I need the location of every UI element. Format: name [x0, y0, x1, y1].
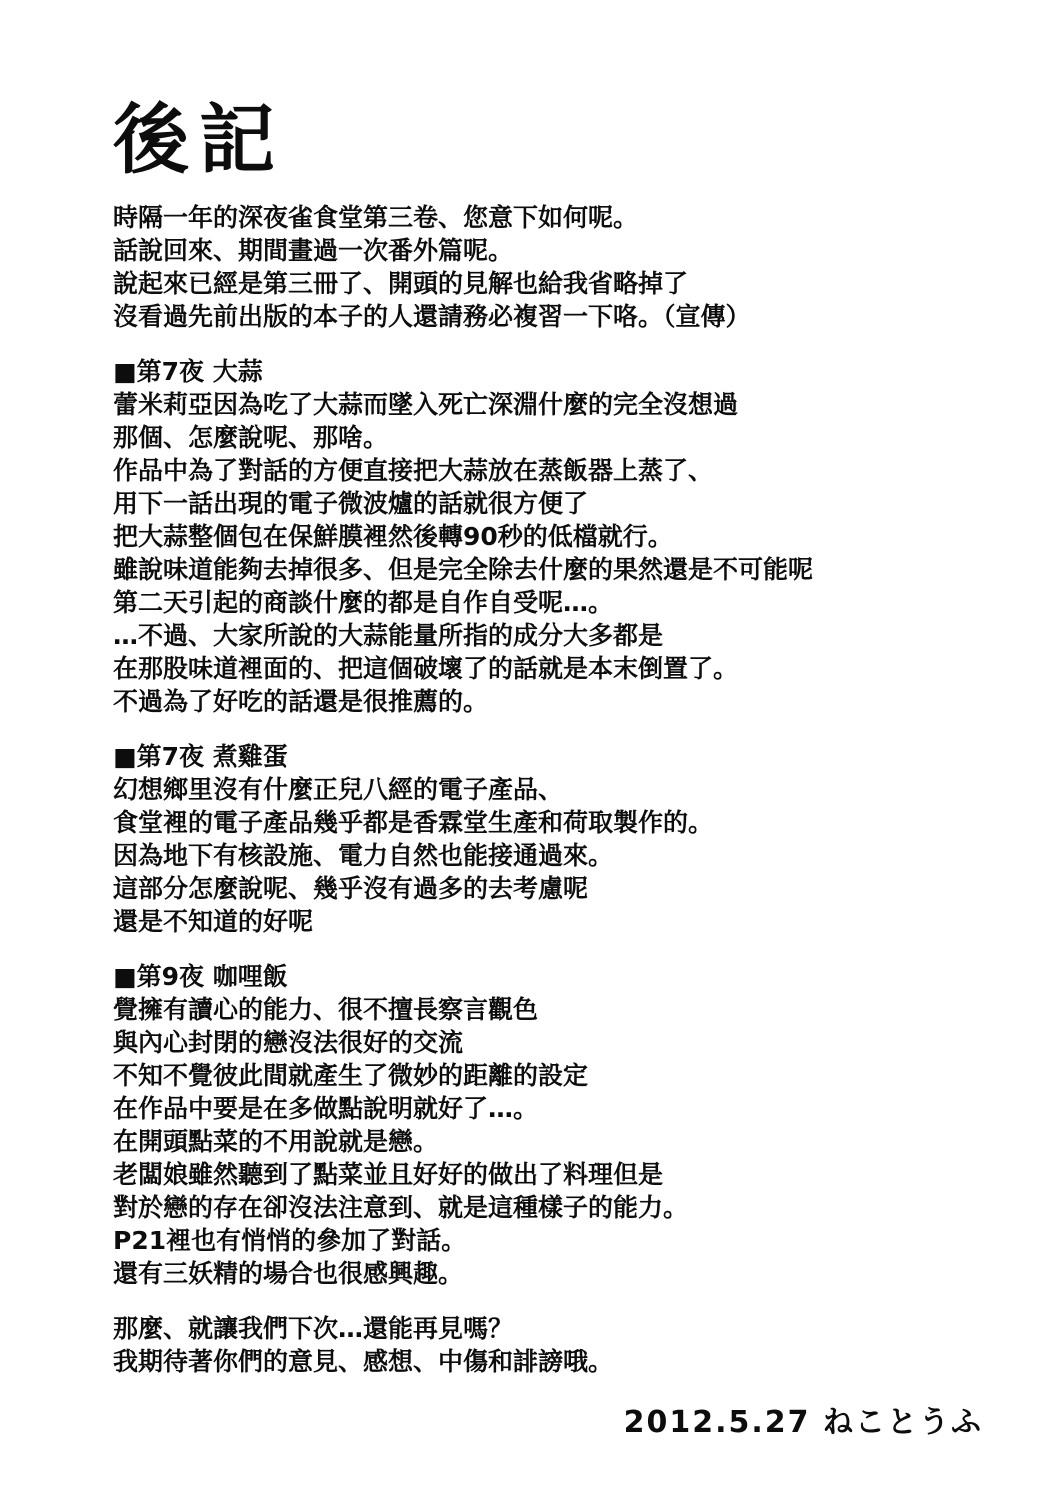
text-line: 雖說味道能夠去掉很多、但是完全除去什麼的果然還是不可能呢: [113, 553, 985, 586]
intro-paragraph: 時隔一年的深夜雀食堂第三卷、您意下如何呢。話說回來、期間畫過一次番外篇呢。說起來…: [113, 201, 985, 333]
section-curry-rice-body: 覺擁有讀心的能力、很不擅長察言觀色與內心封閉的戀沒法很好的交流不知不覺彼此間就產…: [113, 993, 985, 1290]
section-header-garlic: ■第7夜 大蒜: [113, 355, 985, 388]
text-line: 因為地下有核設施、電力自然也能接通過來。: [113, 839, 985, 872]
text-line: 老闆娘雖然聽到了點菜並且好好的做出了料理但是: [113, 1158, 985, 1191]
text-line: 對於戀的存在卻沒法注意到、就是這種樣子的能力。: [113, 1191, 985, 1224]
text-line: 不過為了好吃的話還是很推薦的。: [113, 685, 985, 718]
signature: 2012.5.27 ねことうふ: [113, 1404, 985, 1442]
section-garlic-body: 蕾米莉亞因為吃了大蒜而墜入死亡深淵什麼的完全沒想過那個、怎麼說呢、那啥。作品中為…: [113, 388, 985, 718]
section-boiled-egg: ■第7夜 煮雞蛋 幻想鄉里沒有什麼正兒八經的電子產品、食堂裡的電子產品幾乎都是香…: [113, 740, 985, 938]
text-line: 那個、怎麼說呢、那啥。: [113, 421, 985, 454]
text-line: 還是不知道的好呢: [113, 905, 985, 938]
text-line: 話說回來、期間畫過一次番外篇呢。: [113, 234, 985, 267]
text-line: 與內心封閉的戀沒法很好的交流: [113, 1026, 985, 1059]
text-line: 沒看過先前出版的本子的人還請務必複習一下咯。（宣傳）: [113, 300, 985, 333]
section-header-curry-rice: ■第9夜 咖哩飯: [113, 960, 985, 993]
text-line: 覺擁有讀心的能力、很不擅長察言觀色: [113, 993, 985, 1026]
afterword-page: 後記 時隔一年的深夜雀食堂第三卷、您意下如何呢。話說回來、期間畫過一次番外篇呢。…: [0, 0, 1045, 1512]
text-line: 在那股味道裡面的、把這個破壞了的話就是本末倒置了。: [113, 652, 985, 685]
text-line: 第二天引起的商談什麼的都是自作自受呢…。: [113, 586, 985, 619]
text-line: …不過、大家所說的大蒜能量所指的成分大多都是: [113, 619, 985, 652]
text-line: 在作品中要是在多做點說明就好了…。: [113, 1092, 985, 1125]
text-line: 在開頭點菜的不用說就是戀。: [113, 1125, 985, 1158]
text-line: 作品中為了對話的方便直接把大蒜放在蒸飯器上蒸了、: [113, 454, 985, 487]
text-line: 不知不覺彼此間就產生了微妙的距離的設定: [113, 1059, 985, 1092]
text-line: P21裡也有悄悄的參加了對話。: [113, 1224, 985, 1257]
text-line: 我期待著你們的意見、感想、中傷和誹謗哦。: [113, 1345, 985, 1378]
text-line: 那麼、就讓我們下次…還能再見嗎？: [113, 1312, 985, 1345]
text-line: 時隔一年的深夜雀食堂第三卷、您意下如何呢。: [113, 201, 985, 234]
text-line: 還有三妖精的場合也很感興趣。: [113, 1257, 985, 1290]
text-line: 把大蒜整個包在保鮮膜裡然後轉90秒的低檔就行。: [113, 520, 985, 553]
page-title: 後記: [113, 96, 985, 183]
text-line: 蕾米莉亞因為吃了大蒜而墜入死亡深淵什麼的完全沒想過: [113, 388, 985, 421]
section-boiled-egg-body: 幻想鄉里沒有什麼正兒八經的電子產品、食堂裡的電子產品幾乎都是香霖堂生產和荷取製作…: [113, 773, 985, 938]
text-line: 幻想鄉里沒有什麼正兒八經的電子產品、: [113, 773, 985, 806]
closing-paragraph: 那麼、就讓我們下次…還能再見嗎？我期待著你們的意見、感想、中傷和誹謗哦。: [113, 1312, 985, 1378]
section-garlic: ■第7夜 大蒜 蕾米莉亞因為吃了大蒜而墜入死亡深淵什麼的完全沒想過那個、怎麼說呢…: [113, 355, 985, 718]
section-header-boiled-egg: ■第7夜 煮雞蛋: [113, 740, 985, 773]
text-line: 這部分怎麼說呢、幾乎沒有過多的去考慮呢: [113, 872, 985, 905]
text-line: 用下一話出現的電子微波爐的話就很方便了: [113, 487, 985, 520]
section-curry-rice: ■第9夜 咖哩飯 覺擁有讀心的能力、很不擅長察言觀色與內心封閉的戀沒法很好的交流…: [113, 960, 985, 1290]
text-line: 說起來已經是第三冊了、開頭的見解也給我省略掉了: [113, 267, 985, 300]
text-line: 食堂裡的電子產品幾乎都是香霖堂生產和荷取製作的。: [113, 806, 985, 839]
